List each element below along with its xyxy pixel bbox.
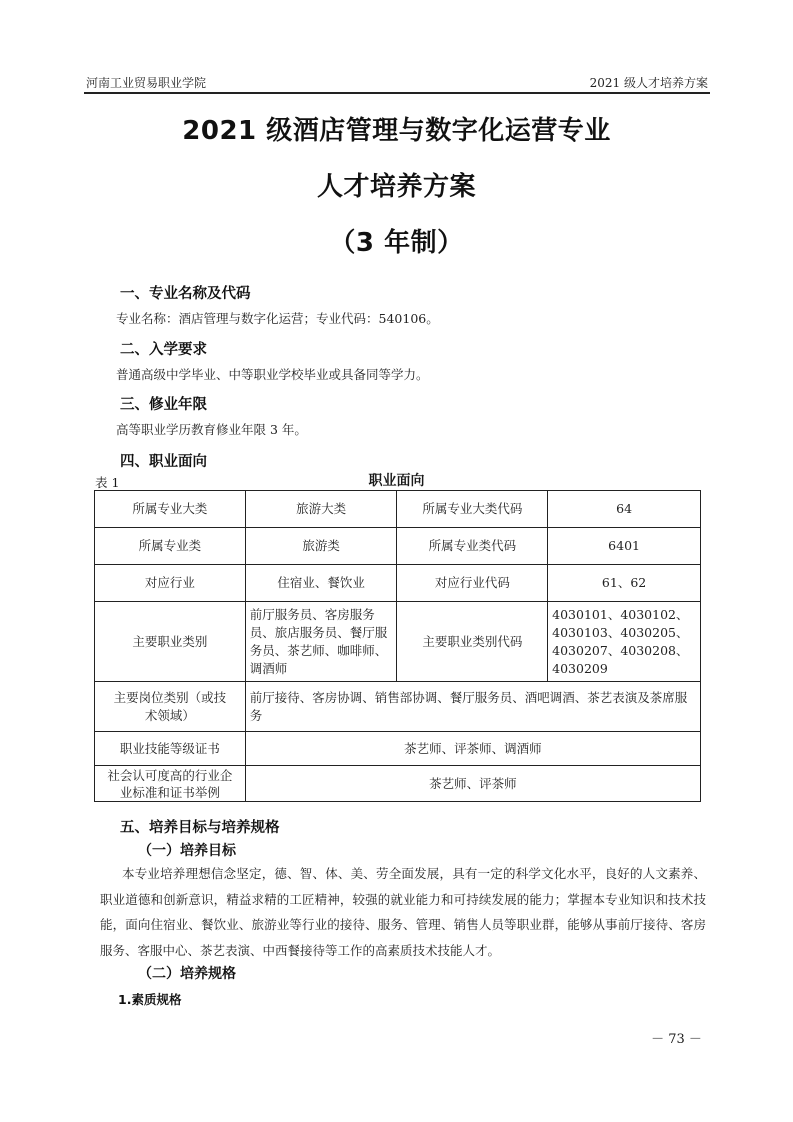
table-cell: 前厅接待、客房协调、销售部协调、餐厅服务员、酒吧调酒、茶艺表演及茶席服务	[245, 682, 700, 732]
subsection-heading-quality: 1.素质规格	[118, 990, 181, 1008]
table-caption: 职业面向	[0, 470, 793, 490]
table-cell: 茶艺师、评茶师	[245, 766, 700, 802]
table-cell: 主要职业类别代码	[397, 602, 548, 682]
training-goal-paragraph: 本专业培养理想信念坚定，德、智、体、美、劳全面发展，具有一定的科学文化水平，良好…	[100, 861, 706, 963]
table-cell: 社会认可度高的行业企业标准和证书举例	[95, 766, 246, 802]
subsection-heading-spec: （二）培养规格	[138, 963, 236, 983]
table-row: 所属专业大类 旅游大类 所属专业大类代码 64	[95, 491, 701, 528]
document-title-line1: 2021 级酒店管理与数字化运营专业	[0, 110, 793, 147]
section-heading-5: 五、培养目标与培养规格	[120, 816, 280, 837]
table-cell: 64	[548, 491, 701, 528]
table-cell: 旅游类	[245, 528, 397, 565]
header-institution: 河南工业贸易职业学院	[86, 74, 206, 91]
table-cell: 61、62	[548, 565, 701, 602]
table-cell: 所属专业大类代码	[397, 491, 548, 528]
header-divider	[84, 92, 710, 94]
table-cell: 对应行业	[95, 565, 246, 602]
running-header: 河南工业贸易职业学院 2021 级人才培养方案	[86, 72, 708, 92]
subsection-heading-goal: （一）培养目标	[138, 840, 236, 860]
table-cell: 对应行业代码	[397, 565, 548, 602]
table-cell: 4030101、4030102、4030103、4030205、4030207、…	[548, 602, 701, 682]
section-heading-4: 四、职业面向	[120, 450, 207, 471]
occupation-table: 所属专业大类 旅游大类 所属专业大类代码 64 所属专业类 旅游类 所属专业类代…	[94, 490, 701, 802]
table-row: 主要职业类别 前厅服务员、客房服务员、旅店服务员、餐厅服务员、茶艺师、咖啡师、调…	[95, 602, 701, 682]
table-row: 社会认可度高的行业企业标准和证书举例 茶艺师、评茶师	[95, 766, 701, 802]
table-row: 对应行业 住宿业、餐饮业 对应行业代码 61、62	[95, 565, 701, 602]
section-heading-2: 二、入学要求	[120, 338, 207, 359]
section-heading-3: 三、修业年限	[120, 393, 207, 414]
section-body-3: 高等职业学历教育修业年限 3 年。	[116, 420, 307, 438]
section-body-1: 专业名称：酒店管理与数字化运营；专业代码：540106。	[116, 309, 439, 327]
section-heading-1: 一、专业名称及代码	[120, 282, 251, 303]
document-title-line3: （3 年制）	[0, 222, 793, 259]
table-row: 职业技能等级证书 茶艺师、评茶师、调酒师	[95, 732, 701, 766]
table-row: 所属专业类 旅游类 所属专业类代码 6401	[95, 528, 701, 565]
document-title-line2: 人才培养方案	[0, 166, 793, 203]
table-cell: 主要职业类别	[95, 602, 246, 682]
table-cell: 所属专业类	[95, 528, 246, 565]
table-cell: 6401	[548, 528, 701, 565]
section-body-2: 普通高级中学毕业、中等职业学校毕业或具备同等学力。	[116, 365, 429, 383]
table-cell: 所属专业类代码	[397, 528, 548, 565]
table-cell: 主要岗位类别（或技术领域）	[95, 682, 246, 732]
table-cell: 住宿业、餐饮业	[245, 565, 397, 602]
table-cell: 职业技能等级证书	[95, 732, 246, 766]
table-row: 主要岗位类别（或技术领域） 前厅接待、客房协调、销售部协调、餐厅服务员、酒吧调酒…	[95, 682, 701, 732]
page-number: － 73 －	[0, 1028, 793, 1047]
header-doc-title: 2021 级人才培养方案	[590, 74, 708, 91]
table-cell: 所属专业大类	[95, 491, 246, 528]
table-cell: 茶艺师、评茶师、调酒师	[245, 732, 700, 766]
table-cell: 旅游大类	[245, 491, 397, 528]
table-cell: 前厅服务员、客房服务员、旅店服务员、餐厅服务员、茶艺师、咖啡师、调酒师	[245, 602, 397, 682]
